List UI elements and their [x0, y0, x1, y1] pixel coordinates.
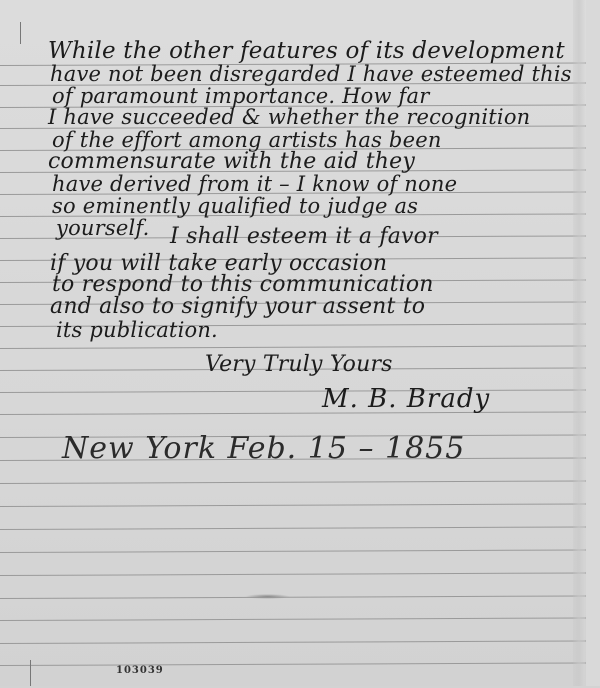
rule-line	[0, 617, 586, 621]
margin-mark	[20, 22, 21, 44]
rule-line	[0, 662, 586, 666]
archive-number: 103039	[116, 665, 164, 676]
letter-line: While the other features of its developm…	[48, 38, 565, 64]
letter-line: commensurate with the aid they	[48, 149, 415, 174]
rule-line	[0, 411, 586, 415]
rule-line	[0, 389, 586, 393]
rule-line	[0, 503, 586, 507]
ink-smudge	[245, 594, 290, 599]
letter-line: and also to signify your assent to	[50, 294, 425, 319]
rule-line	[0, 345, 586, 349]
rule-line	[0, 595, 586, 599]
letter-line: so eminently qualified to judge as	[52, 194, 418, 218]
letter-page: While the other features of its developm…	[0, 0, 600, 688]
letter-line: have derived from it – I know of none	[52, 172, 457, 196]
letter-line: have not been disregarded I have esteeme…	[50, 62, 572, 86]
letter-closing: Very Truly Yours	[205, 352, 393, 377]
letter-line: yourself.	[56, 216, 150, 240]
place-and-date: New York Feb. 15 – 1855	[62, 431, 465, 466]
rule-line	[0, 640, 586, 644]
rule-line	[0, 480, 586, 484]
rule-line	[0, 572, 586, 576]
paper-fold	[573, 0, 585, 688]
paper-edge	[586, 0, 600, 688]
letter-line: I have succeeded & whether the recogniti…	[48, 105, 530, 129]
rule-line	[0, 526, 586, 530]
letter-line: its publication.	[56, 318, 218, 342]
letter-line: I shall esteem it a favor	[170, 224, 438, 249]
margin-mark	[30, 660, 31, 686]
signature: M. B. Brady	[322, 384, 490, 414]
rule-line	[0, 549, 586, 553]
